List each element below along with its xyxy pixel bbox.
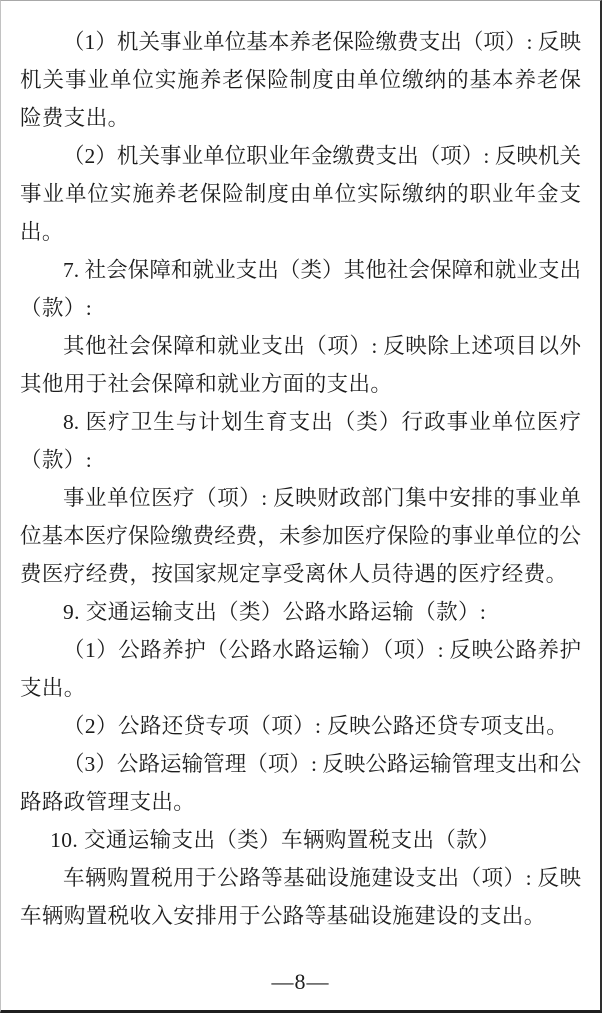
doc-line: 险费支出。 — [20, 99, 581, 137]
doc-line: 其他社会保障和就业支出（项）: 反映除上述项目以外 — [20, 327, 581, 365]
doc-line: 事业单位医疗（项）: 反映财政部门集中安排的事业单 — [20, 479, 581, 517]
doc-line: （款）: — [20, 441, 581, 479]
doc-line: 10. 交通运输支出（类）车辆购置税支出（款） — [20, 821, 581, 859]
page-number: —8— — [1, 967, 600, 997]
doc-line: （2）公路还贷专项（项）: 反映公路还贷专项支出。 — [20, 707, 581, 745]
doc-line: （1）公路养护（公路水路运输）（项）: 反映公路养护 — [20, 631, 581, 669]
doc-line: 出。 — [20, 213, 581, 251]
doc-line: （3）公路运输管理（项）: 反映公路运输管理支出和公 — [20, 745, 581, 783]
doc-line: （款）: — [20, 289, 581, 327]
doc-line: 路路政管理支出。 — [20, 783, 581, 821]
doc-line: 其他用于社会保障和就业方面的支出。 — [20, 365, 581, 403]
document-page: （1）机关事业单位基本养老保险缴费支出（项）: 反映机关事业单位实施养老保险制度… — [0, 0, 602, 1013]
doc-line: （1）机关事业单位基本养老保险缴费支出（项）: 反映 — [20, 23, 581, 61]
doc-line: 位基本医疗保险缴费经费，未参加医疗保险的事业单位的公 — [20, 517, 581, 555]
doc-line: 8. 医疗卫生与计划生育支出（类）行政事业单位医疗 — [20, 403, 581, 441]
doc-line: 支出。 — [20, 669, 581, 707]
doc-line: 车辆购置税用于公路等基础设施建设支出（项）: 反映 — [20, 859, 581, 897]
doc-line: 事业单位实施养老保险制度由单位实际缴纳的职业年金支 — [20, 175, 581, 213]
doc-line: 9. 交通运输支出（类）公路水路运输（款）: — [20, 593, 581, 631]
document-body: （1）机关事业单位基本养老保险缴费支出（项）: 反映机关事业单位实施养老保险制度… — [1, 1, 600, 935]
doc-line: 费医疗经费，按国家规定享受离休人员待遇的医疗经费。 — [20, 555, 581, 593]
doc-line: 7. 社会保障和就业支出（类）其他社会保障和就业支出 — [20, 251, 581, 289]
doc-line: （2）机关事业单位职业年金缴费支出（项）: 反映机关 — [20, 137, 581, 175]
doc-line: 车辆购置税收入安排用于公路等基础设施建设的支出。 — [20, 897, 581, 935]
doc-line: 机关事业单位实施养老保险制度由单位缴纳的基本养老保 — [20, 61, 581, 99]
